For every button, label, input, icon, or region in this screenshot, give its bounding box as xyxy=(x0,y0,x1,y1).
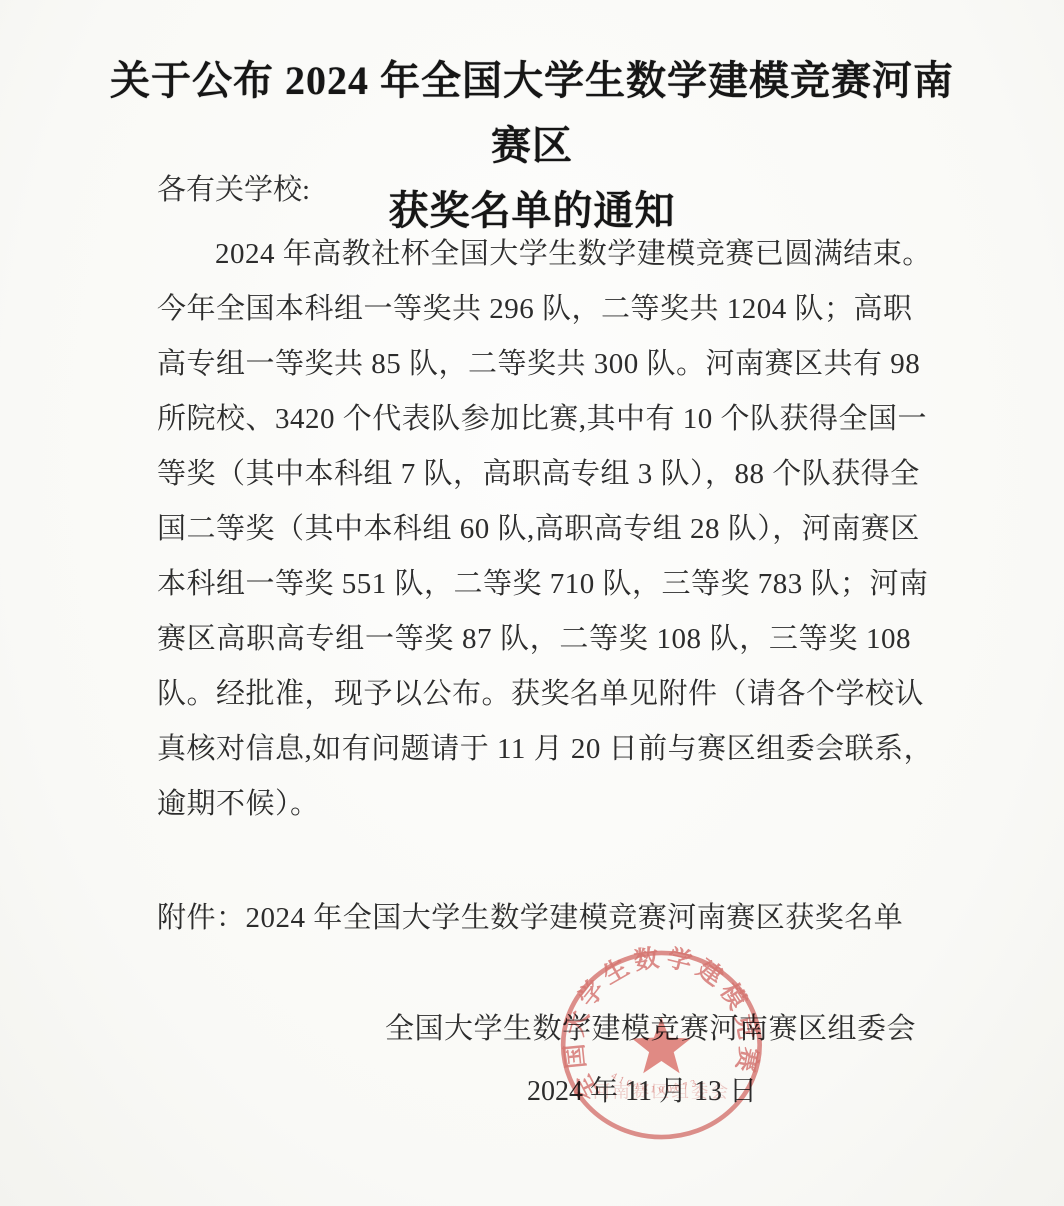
notice-title: 关于公布 2024 年全国大学生数学建模竞赛河南赛区 获奖名单的通知 xyxy=(90,48,974,243)
notice-body: 2024 年高教社杯全国大学生数学建模竞赛已圆满结束。 今年全国本科组一等奖共 … xyxy=(157,227,911,832)
body-line: 所院校、3420 个代表队参加比赛,其中有 10 个队获得全国一 xyxy=(157,392,911,447)
scanned-notice-page: 关于公布 2024 年全国大学生数学建模竞赛河南赛区 获奖名单的通知 各有关学校… xyxy=(0,0,1064,1206)
notice-title-line-1: 关于公布 2024 年全国大学生数学建模竞赛河南赛区 xyxy=(90,48,974,178)
body-line: 国二等奖（其中本科组 60 队,高职高专组 28 队），河南赛区 xyxy=(157,502,911,557)
body-line: 2024 年高教社杯全国大学生数学建模竞赛已圆满结束。 xyxy=(157,227,911,282)
attachment-line: 附件：2024 年全国大学生数学建模竞赛河南赛区获奖名单 xyxy=(157,896,903,940)
body-line: 队。经批准，现予以公布。获奖名单见附件（请各个学校认 xyxy=(157,667,911,722)
body-line: 等奖（其中本科组 7 队，高职高专组 3 队），88 个队获得全 xyxy=(157,447,911,502)
salutation: 各有关学校: xyxy=(157,170,310,210)
body-line: 今年全国本科组一等奖共 296 队，二等奖共 1204 队；高职 xyxy=(157,282,911,337)
body-line: 赛区高职高专组一等奖 87 队，二等奖 108 队，三等奖 108 xyxy=(157,612,911,667)
body-line: 本科组一等奖 551 队，二等奖 710 队，三等奖 783 队；河南 xyxy=(157,557,911,612)
official-seal-icon: 全国大学生数学建模竞赛 河南赛区组委会 41014100073 xyxy=(558,946,770,1144)
body-line: 逾期不候）。 xyxy=(157,777,911,832)
body-line: 真核对信息,如有问题请于 11 月 20 日前与赛区组委会联系， xyxy=(157,722,911,777)
body-line: 高专组一等奖共 85 队，二等奖共 300 队。河南赛区共有 98 xyxy=(157,337,911,392)
seal-star-icon xyxy=(632,1017,691,1073)
